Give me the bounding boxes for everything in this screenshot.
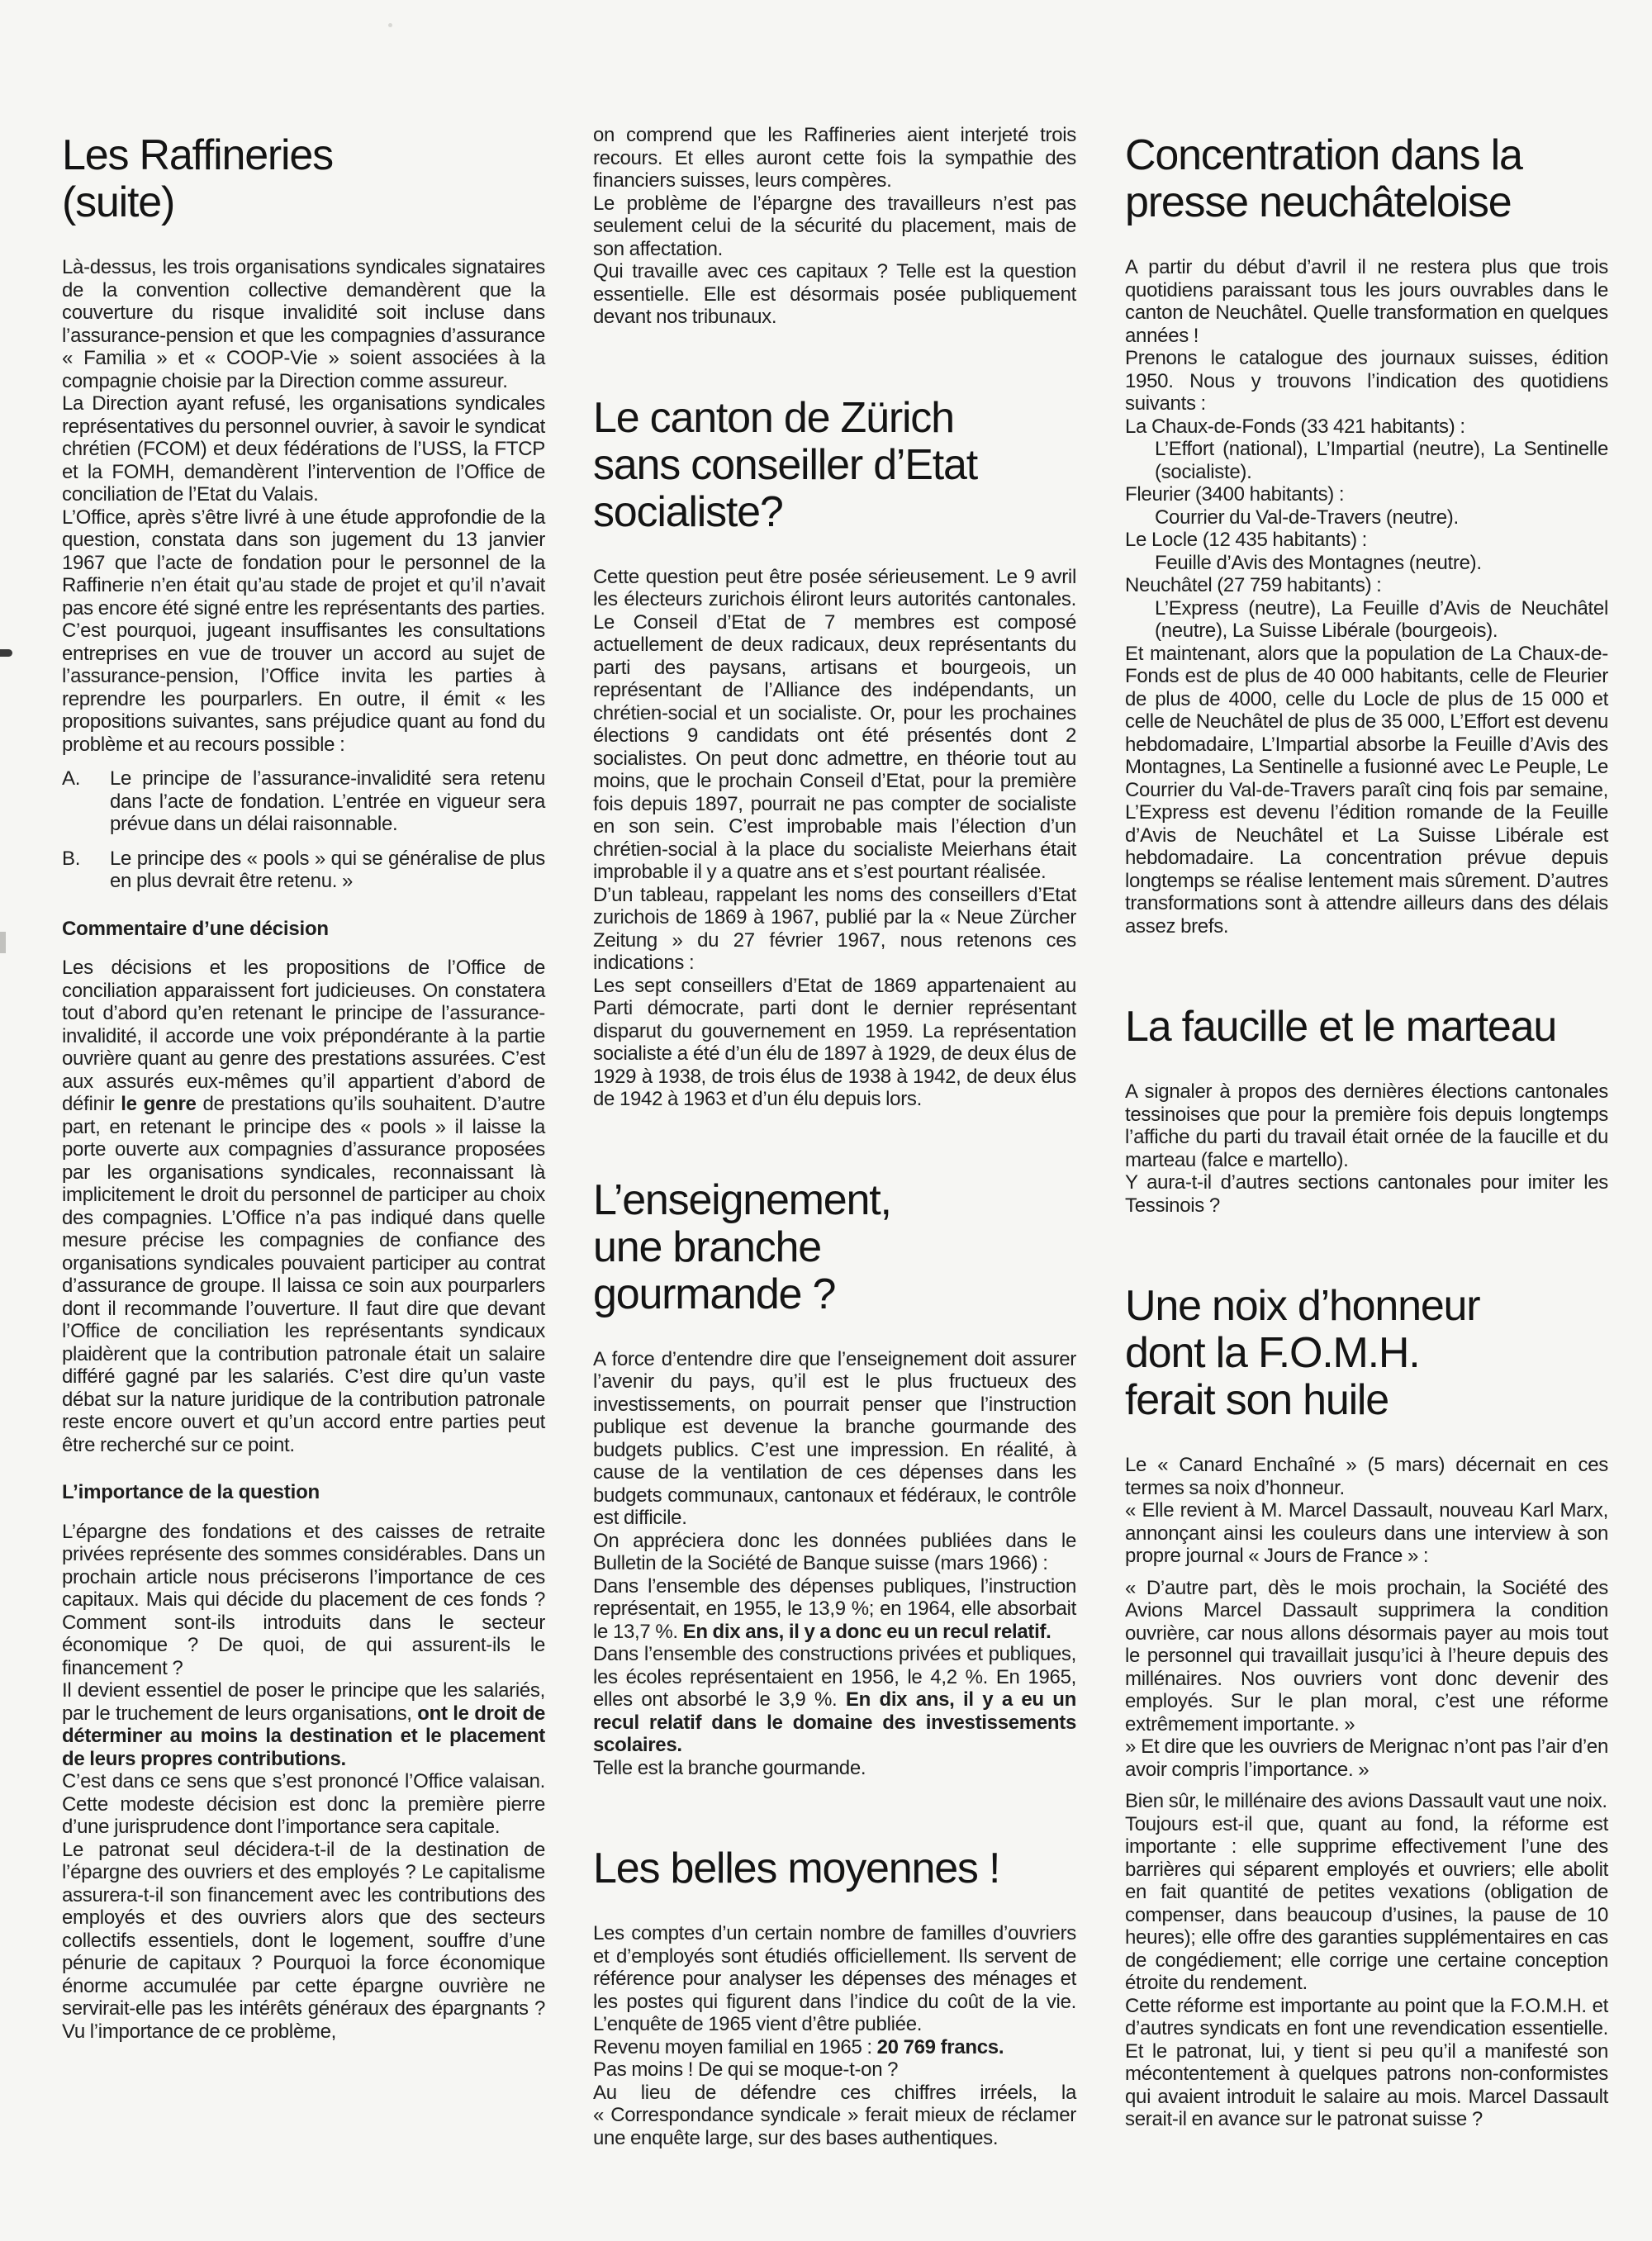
paragraph: La Chaux-de-Fonds (33 421 habitants) : (1125, 415, 1608, 439)
paragraph: Qui travaille avec ces capitaux ? Telle … (593, 260, 1076, 329)
paragraph: Telle est la branche gourmande. (593, 1757, 1076, 1780)
paragraph: Y aura-t-il d’autres sections cantonales… (1125, 1171, 1608, 1217)
text-run: » Et dire que les ouvriers de Merignac n… (1125, 1735, 1608, 1781)
article-headline: Les Raffineries(suite) (62, 132, 545, 226)
text-run: A partir du début d’avril il ne restera … (1125, 256, 1608, 347)
text-run: Y aura-t-il d’autres sections cantonales… (1125, 1171, 1608, 1217)
list-marker: B. (62, 847, 80, 871)
text-run: Pas moins ! De qui se moque-t-on ? (593, 2058, 898, 2081)
paragraph: Cette question peut être posée sérieusem… (593, 566, 1076, 884)
text-run: C’est dans ce sens que s’est prononcé l’… (62, 1770, 545, 1838)
text-run: « Elle revient à M. Marcel Dassault, nou… (1125, 1499, 1608, 1567)
paragraph: L’Office, après s’être livré à une étude… (62, 506, 545, 757)
text-run: L’épargne des fondations et des caisses … (62, 1521, 545, 1679)
article-headline: L’enseignement,une branchegourmande ? (593, 1177, 1076, 1318)
section-heading: Commentaire d’une décision (62, 918, 545, 941)
text-run: Les comptes d’un certain nombre de famil… (593, 1922, 1076, 2035)
text-run: Le principe des « pools » qui se général… (110, 847, 545, 893)
text-run: Au lieu de défendre ces chiffres irréels… (593, 2082, 1076, 2149)
text-run: Neuchâtel (27 759 habitants) : (1125, 574, 1382, 596)
text-run: de prestations qu’ils souhaitent. D’autr… (62, 1093, 545, 1456)
paragraph: Bien sûr, le millénaire des avions Dassa… (1125, 1790, 1608, 1813)
text-run: Les décisions et les propositions de l’O… (62, 957, 545, 1115)
paragraph: Pas moins ! De qui se moque-t-on ? (593, 2058, 1076, 2082)
text-run: L’Express (neutre), La Feuille d’Avis de… (1155, 597, 1608, 643)
text-run: La Chaux-de-Fonds (33 421 habitants) : (1125, 415, 1465, 438)
paragraph: Cette réforme est importante au point qu… (1125, 1995, 1608, 2131)
text-run: L’Effort (national), L’Impartial (neutre… (1155, 438, 1608, 483)
bold-text-run: 20 769 francs. (877, 2036, 1004, 2058)
paragraph: » Et dire que les ouvriers de Merignac n… (1125, 1735, 1608, 1781)
newspaper-list-item: L’Effort (national), L’Impartial (neutre… (1125, 438, 1608, 483)
text-run: Le patronat seul décidera-t-il de la des… (62, 1839, 545, 2043)
bold-text-run: En dix ans, il y a donc eu un recul rela… (683, 1621, 1051, 1643)
paragraph: Le problème de l’épargne des travailleur… (593, 192, 1076, 261)
text-run: Cette question peut être posée sérieusem… (593, 566, 1076, 884)
paragraph: Fleurier (3400 habitants) : (1125, 483, 1608, 506)
paragraph: Revenu moyen familial en 1965 : 20 769 f… (593, 2036, 1076, 2059)
paragraph: Prenons le catalogue des journaux suisse… (1125, 347, 1608, 415)
paragraph: Neuchâtel (27 759 habitants) : (1125, 574, 1608, 597)
text-run: Cette réforme est importante au point qu… (1125, 1995, 1608, 2131)
scan-artifact (0, 649, 12, 657)
column-right: Concentration dans lapresse neuchâtelois… (1125, 124, 1608, 2131)
text-run: A signaler à propos des dernières électi… (1125, 1080, 1608, 1171)
paragraph: Le Locle (12 435 habitants) : (1125, 529, 1608, 552)
paragraph: « D’autre part, dès le mois prochain, la… (1125, 1577, 1608, 1736)
paragraph: L’épargne des fondations et des caisses … (62, 1521, 545, 1680)
scan-artifact (388, 23, 392, 27)
text-run: Et maintenant, alors que la population d… (1125, 643, 1608, 938)
section-heading: L’importance de la question (62, 1481, 545, 1504)
text-run: Telle est la branche gourmande. (593, 1757, 866, 1779)
paragraph: On appréciera donc les données publiées … (593, 1530, 1076, 1575)
text-run: Revenu moyen familial en 1965 : (593, 2036, 877, 2058)
text-run: on comprend que les Raffineries aient in… (593, 124, 1076, 192)
article-headline: Les belles moyennes ! (593, 1845, 1076, 1892)
list-marker: A. (62, 767, 80, 791)
text-run: On appréciera donc les données publiées … (593, 1530, 1076, 1575)
column-left: Les Raffineries(suite)Là-dessus, les tro… (62, 124, 545, 2043)
paragraph: Il devient essentiel de poser le princip… (62, 1679, 545, 1770)
article-headline: Le canton de Zürichsans conseiller d’Eta… (593, 395, 1076, 536)
newspaper-list-item: L’Express (neutre), La Feuille d’Avis de… (1125, 597, 1608, 643)
paragraph: Les décisions et les propositions de l’O… (62, 957, 545, 1456)
paragraph: on comprend que les Raffineries aient in… (593, 124, 1076, 192)
paragraph: La Direction ayant refusé, les organisat… (62, 392, 545, 506)
list-item: B.Le principe des « pools » qui se génér… (62, 847, 545, 893)
text-run: Qui travaille avec ces capitaux ? Telle … (593, 260, 1076, 328)
text-run: Courrier du Val-de-Travers (neutre). (1155, 506, 1459, 529)
paragraph: A force d’entendre dire que l’enseigneme… (593, 1348, 1076, 1530)
article-headline: La faucille et le marteau (1125, 1004, 1608, 1051)
text-run: Feuille d’Avis des Montagnes (neutre). (1155, 552, 1482, 574)
paragraph: Dans l’ensemble des constructions privée… (593, 1643, 1076, 1757)
text-run: Les sept conseillers d’Etat de 1869 appa… (593, 975, 1076, 1111)
paragraph: D’un tableau, rappelant les noms des con… (593, 884, 1076, 975)
text-run: A force d’entendre dire que l’enseigneme… (593, 1348, 1076, 1530)
paragraph: Les comptes d’un certain nombre de famil… (593, 1922, 1076, 2036)
text-run: L’Office, après s’être livré à une étude… (62, 506, 545, 756)
text-run: Le Locle (12 435 habitants) : (1125, 529, 1367, 551)
paragraph: A partir du début d’avril il ne restera … (1125, 256, 1608, 347)
newspaper-page: Les Raffineries(suite)Là-dessus, les tro… (0, 0, 1652, 2241)
paragraph: « Elle revient à M. Marcel Dassault, nou… (1125, 1499, 1608, 1568)
text-run: Fleurier (3400 habitants) : (1125, 483, 1344, 506)
paragraph: Le « Canard Enchaîné » (5 mars) décernai… (1125, 1454, 1608, 1499)
paragraph: A signaler à propos des dernières électi… (1125, 1080, 1608, 1171)
paragraph: Les sept conseillers d’Etat de 1869 appa… (593, 975, 1076, 1111)
paragraph: Et maintenant, alors que la population d… (1125, 643, 1608, 938)
newspaper-list-item: Courrier du Val-de-Travers (neutre). (1125, 506, 1608, 529)
text-run: Là-dessus, les trois organisations syndi… (62, 256, 545, 392)
text-run: « D’autre part, dès le mois prochain, la… (1125, 1577, 1608, 1735)
scan-artifact (0, 932, 6, 953)
text-run: Toujours est-il que, quant au fond, la r… (1125, 1813, 1608, 1995)
bold-text-run: le genre (121, 1093, 196, 1115)
article-headline: Une noix d’honneurdont la F.O.M.H.ferait… (1125, 1283, 1608, 1424)
text-run: D’un tableau, rappelant les noms des con… (593, 884, 1076, 975)
paragraph: Là-dessus, les trois organisations syndi… (62, 256, 545, 392)
paragraph: Dans l’ensemble des dépenses publiques, … (593, 1575, 1076, 1644)
text-run: Le principe de l’assurance-invalidité se… (110, 767, 545, 835)
paragraph: Le patronat seul décidera-t-il de la des… (62, 1839, 545, 2044)
text-run: La Direction ayant refusé, les organisat… (62, 392, 545, 506)
paragraph: Toujours est-il que, quant au fond, la r… (1125, 1813, 1608, 1995)
text-run: Bien sûr, le millénaire des avions Dassa… (1125, 1790, 1607, 1812)
text-run: Prenons le catalogue des journaux suisse… (1125, 347, 1608, 415)
paragraph: C’est dans ce sens que s’est prononcé l’… (62, 1770, 545, 1839)
paragraph: Au lieu de défendre ces chiffres irréels… (593, 2082, 1076, 2150)
newspaper-list-item: Feuille d’Avis des Montagnes (neutre). (1125, 552, 1608, 575)
column-middle: on comprend que les Raffineries aient in… (593, 124, 1076, 2149)
text-run: Le problème de l’épargne des travailleur… (593, 192, 1076, 260)
text-run: Le « Canard Enchaîné » (5 mars) décernai… (1125, 1454, 1608, 1499)
list-item: A.Le principe de l’assurance-invalidité … (62, 767, 545, 836)
article-headline: Concentration dans lapresse neuchâtelois… (1125, 132, 1608, 226)
